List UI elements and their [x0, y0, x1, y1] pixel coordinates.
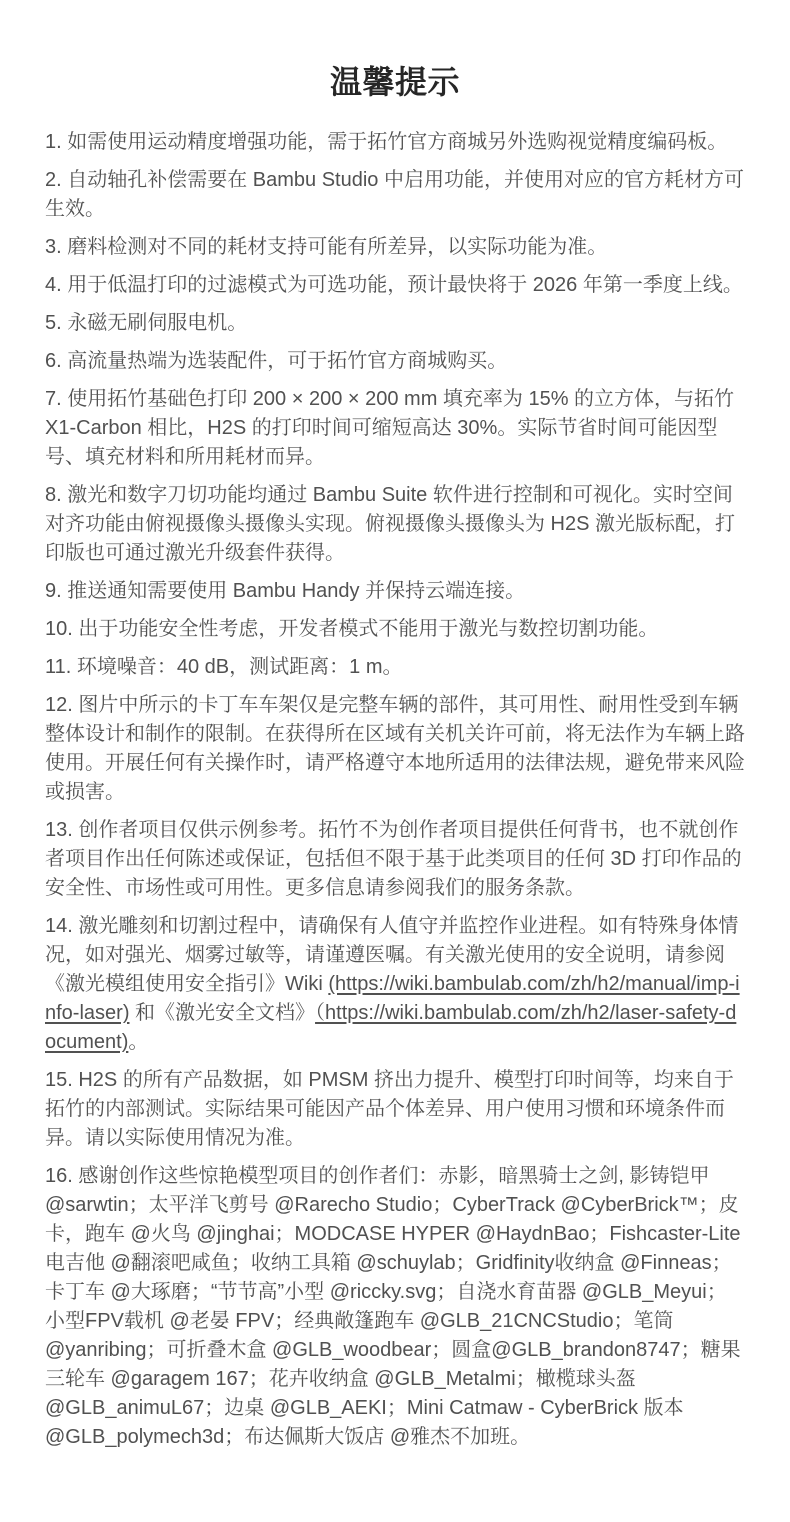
note-text: 3. 磨料检测对不同的耗材支持可能有所差异，以实际功能为准。: [45, 236, 607, 258]
note-paragraph: 7. 使用拓竹基础色打印 200 × 200 × 200 mm 填充率为 15%…: [45, 385, 745, 472]
note-text: 7. 使用拓竹基础色打印 200 × 200 × 200 mm 填充率为 15%…: [45, 388, 734, 468]
note-paragraph: 15. H2S 的所有产品数据，如 PMSM 挤出力提升、模型打印时间等，均来自…: [45, 1066, 745, 1153]
tips-document: 温馨提示 1. 如需使用运动精度增强功能，需于拓竹官方商城另外选购视觉精度编码板…: [0, 0, 790, 1522]
note-text: 6. 高流量热端为选装配件，可于拓竹官方商城购买。: [45, 350, 507, 372]
note-text: 10. 出于功能安全性考虑，开发者模式不能用于激光与数控切割功能。: [45, 618, 658, 640]
note-paragraph: 8. 激光和数字刀切功能均通过 Bambu Suite 软件进行控制和可视化。实…: [45, 481, 745, 568]
notes-list: 1. 如需使用运动精度增强功能，需于拓竹官方商城另外选购视觉精度编码板。2. 自…: [45, 128, 745, 1452]
note-text: 9. 推送通知需要使用 Bambu Handy 并保持云端连接。: [45, 580, 525, 602]
note-paragraph: 4. 用于低温打印的过滤模式为可选功能，预计最快将于 2026 年第一季度上线。: [45, 271, 745, 300]
note-paragraph: 16. 感谢创作这些惊艳模型项目的创作者们：赤影，暗黑骑士之剑, 影铸铠甲 @s…: [45, 1162, 745, 1452]
note-paragraph: 2. 自动轴孔补偿需要在 Bambu Studio 中启用功能，并使用对应的官方…: [45, 166, 745, 224]
note-paragraph: 10. 出于功能安全性考虑，开发者模式不能用于激光与数控切割功能。: [45, 615, 745, 644]
page-title: 温馨提示: [45, 60, 745, 104]
note-paragraph: 11. 环境噪音：40 dB，测试距离：1 m。: [45, 653, 745, 682]
note-paragraph: 13. 创作者项目仅供示例参考。拓竹不为创作者项目提供任何背书，也不就创作者项目…: [45, 816, 745, 903]
note-text: 12. 图片中所示的卡丁车车架仅是完整车辆的部件，其可用性、耐用性受到车辆整体设…: [45, 694, 745, 803]
note-paragraph: 12. 图片中所示的卡丁车车架仅是完整车辆的部件，其可用性、耐用性受到车辆整体设…: [45, 691, 745, 807]
note-text: 8. 激光和数字刀切功能均通过 Bambu Suite 软件进行控制和可视化。实…: [45, 484, 735, 564]
note-paragraph: 6. 高流量热端为选装配件，可于拓竹官方商城购买。: [45, 347, 745, 376]
note-text: 。: [128, 1031, 148, 1053]
note-paragraph: 3. 磨料检测对不同的耗材支持可能有所差异，以实际功能为准。: [45, 233, 745, 262]
note-text: 4. 用于低温打印的过滤模式为可选功能，预计最快将于 2026 年第一季度上线。: [45, 274, 743, 296]
note-text: 16. 感谢创作这些惊艳模型项目的创作者们：赤影，暗黑骑士之剑, 影铸铠甲 @s…: [45, 1165, 741, 1448]
note-paragraph: 1. 如需使用运动精度增强功能，需于拓竹官方商城另外选购视觉精度编码板。: [45, 128, 745, 157]
note-text: 和《激光安全文档》: [129, 1002, 315, 1024]
note-paragraph: 9. 推送通知需要使用 Bambu Handy 并保持云端连接。: [45, 577, 745, 606]
note-paragraph: 14. 激光雕刻和切割过程中，请确保有人值守并监控作业进程。如有特殊身体情况，如…: [45, 912, 745, 1057]
note-text: 11. 环境噪音：40 dB，测试距离：1 m。: [45, 656, 402, 678]
note-text: 13. 创作者项目仅供示例参考。拓竹不为创作者项目提供任何背书，也不就创作者项目…: [45, 819, 742, 899]
note-text: 5. 永磁无刷伺服电机。: [45, 312, 247, 334]
note-text: 1. 如需使用运动精度增强功能，需于拓竹官方商城另外选购视觉精度编码板。: [45, 131, 727, 153]
note-paragraph: 5. 永磁无刷伺服电机。: [45, 309, 745, 338]
note-text: 15. H2S 的所有产品数据，如 PMSM 挤出力提升、模型打印时间等，均来自…: [45, 1069, 734, 1149]
note-text: 2. 自动轴孔补偿需要在 Bambu Studio 中启用功能，并使用对应的官方…: [45, 169, 744, 220]
